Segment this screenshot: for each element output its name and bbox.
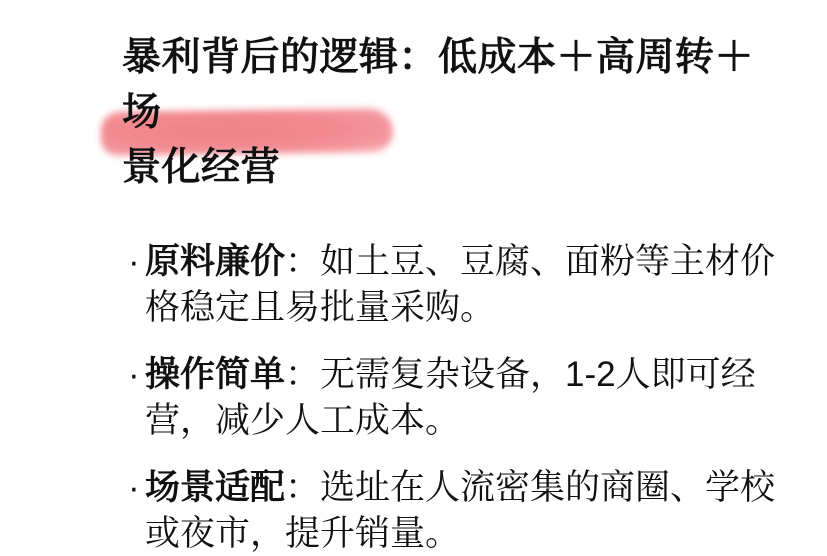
list-item: · 原料廉价：如土豆、豆腐、面粉等主材价格稳定且易批量采购。 <box>122 239 777 331</box>
bullet-marker: · <box>122 352 145 398</box>
list-item-term: 原料廉价 <box>145 242 285 281</box>
list-item: · 操作简单：无需复杂设备，1-2人即可经营，减少人工成本。 <box>122 352 777 444</box>
bullet-marker: · <box>122 239 145 285</box>
list-item-colon: ： <box>285 355 320 394</box>
list-item-text: 操作简单：无需复杂设备，1-2人即可经营，减少人工成本。 <box>145 352 777 444</box>
list-item-term: 操作简单 <box>145 355 285 394</box>
list-item-text: 原料廉价：如土豆、豆腐、面粉等主材价格稳定且易批量采购。 <box>145 239 777 331</box>
list-item-colon: ： <box>285 468 320 507</box>
bullet-list: · 原料廉价：如土豆、豆腐、面粉等主材价格稳定且易批量采购。 · 操作简单：无需… <box>122 239 777 556</box>
list-item-colon: ： <box>285 242 320 281</box>
bullet-marker: · <box>122 465 145 511</box>
list-item-text: 场景适配：选址在人流密集的商圈、学校或夜市，提升销量。 <box>145 465 777 556</box>
title-line-2: 景化经营 <box>122 140 777 195</box>
list-item-term: 场景适配 <box>145 468 285 507</box>
page: { "page": { "background": "#ffffff", "te… <box>0 0 827 556</box>
content-area: 暴利背后的逻辑：低成本＋高周转＋场 景化经营 · 原料廉价：如土豆、豆腐、面粉等… <box>0 0 827 556</box>
list-item: · 场景适配：选址在人流密集的商圈、学校或夜市，提升销量。 <box>122 465 777 556</box>
title-line-1: 暴利背后的逻辑：低成本＋高周转＋场 <box>122 30 777 140</box>
page-title: 暴利背后的逻辑：低成本＋高周转＋场 景化经营 <box>122 30 777 195</box>
